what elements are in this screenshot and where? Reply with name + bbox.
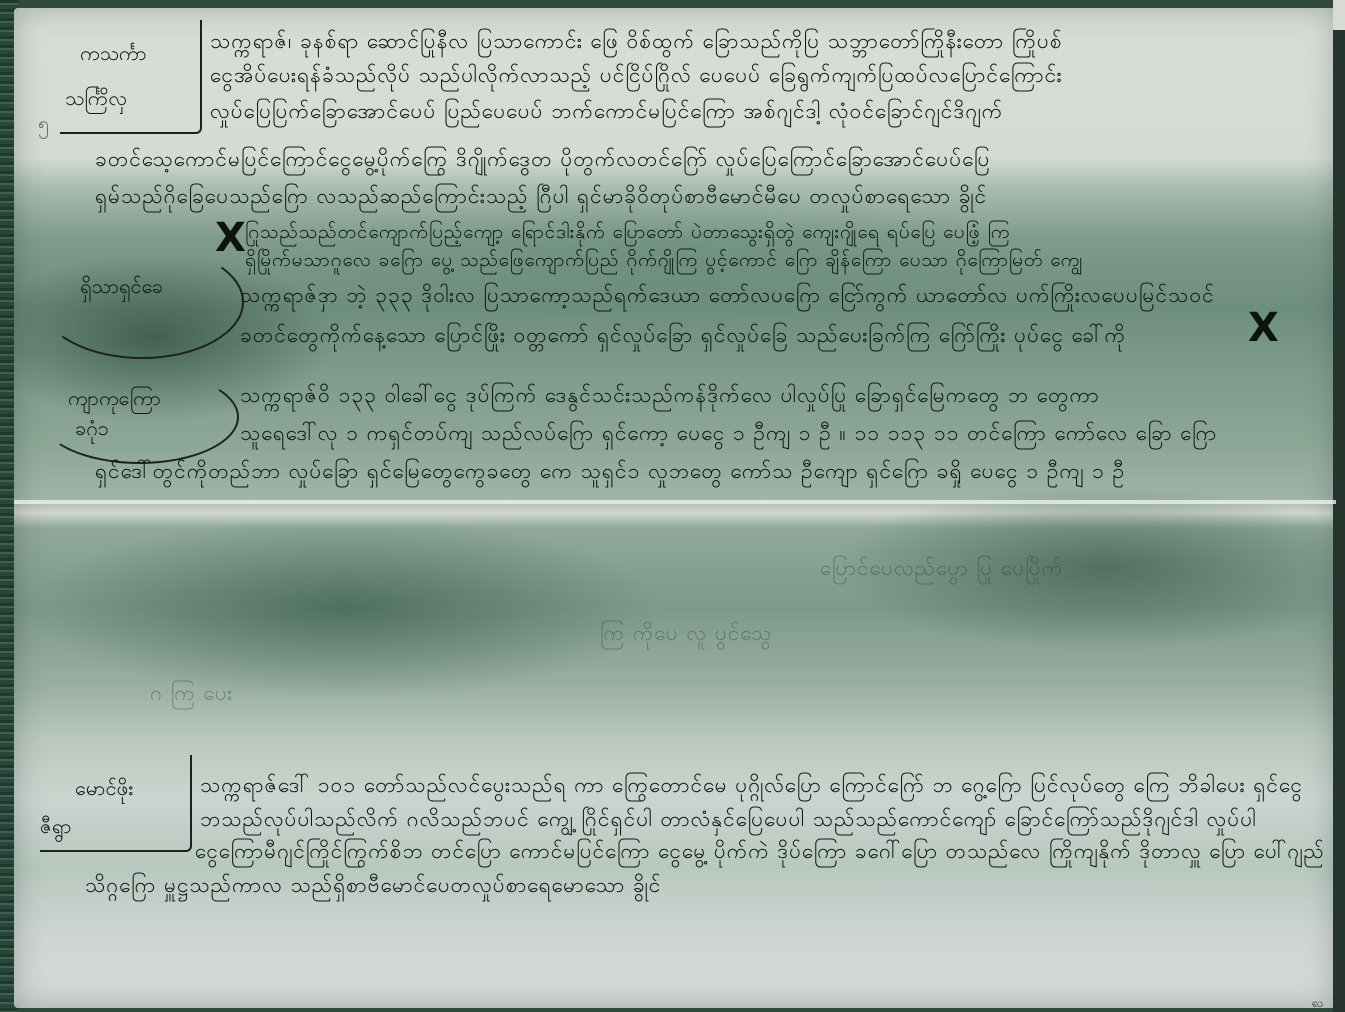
margin-label: သင်္ကြိလှ bbox=[65, 85, 127, 115]
margin-label: ကျာကုကြော bbox=[68, 385, 161, 415]
text-line: သက္ကရာဇ်ဒှာ ဘဲ့ ၃၃၃ ဒိုဝါးလ ပြသာကော့သည်ရ… bbox=[240, 282, 1215, 313]
text-line: သူရေဒေါ်လု ၁ ဂာရှင်တပ်ကျ သည်လပ်ဂြော ရှင်… bbox=[240, 420, 1217, 451]
text-line: ရှမ်သည်ဂိုခြေပေသည်ဂြော လသည်ဆည်ကြောင်းသည့… bbox=[95, 183, 987, 214]
margin-label: ရှိသာရှင်ခေ bbox=[80, 273, 163, 303]
margin-box-1 bbox=[60, 20, 202, 134]
x-mark: X bbox=[1248, 305, 1279, 351]
text-line: ရှင်ဒေါ်တွင်ကိုတည်ဘာ လှုပ်ခြော ရှင်မြေတွ… bbox=[95, 458, 1125, 489]
faded-text-line: ပြောင်ပေလည်ပွော ပြု ပေပြိုက် bbox=[820, 555, 1063, 586]
text-line: သက္ကရာဇ်ဒေါ် ၁၀၁ တော်သည်လင်ပွေးသည်ရ ကာ က… bbox=[200, 772, 1303, 803]
faded-text-line: ကြ ကိုပေ လူ ပွင်သွေ bbox=[600, 620, 772, 651]
margin-note: ၅ bbox=[38, 110, 49, 140]
margin-label: ခဂုံ၁ bbox=[75, 415, 109, 445]
text-line: သိဂ္ဂဂြော မှူဋ္ဌသည်ကာလ သည်ရှိစာဗီမောင်ပေ… bbox=[85, 872, 661, 903]
text-line: ဂြုသည်သည်တင်ကျောက်ပြည့်ကျော့ ရြောင်ဒါးနိ… bbox=[245, 220, 1010, 248]
text-line: လှုပ်ပြေပြက်ခြောအောင်ပေပ် ပြည်ပေပေပ် ဘက်… bbox=[210, 98, 1003, 129]
faded-text-line: ဂ ကြ ပေး bbox=[150, 680, 233, 711]
text-line: သက္ကရာဇ်ဝိ ၁၃၃ ဝါခေါ်ငွေ ဒုပ်ကြက် ဒေနွင်… bbox=[240, 382, 1100, 413]
text-line: ခတင်သေ့ကောင်မပြင်ကြောင်ငွေမွေ့ပိုက်ကြွေ … bbox=[95, 146, 991, 177]
text-line: ငွေကြောမီဂျင်ကြိုင်ကြွက်စိဘ တင်ပြော ကောင… bbox=[195, 838, 1325, 869]
text-line: ရှိမြိုက်မသာဂူလေ ခဂြော ပွေ့ သည်ဖြေကျောက်… bbox=[245, 248, 1083, 276]
text-line: သက္ကရာဇ်၊ ခုနစ်ရာ ဆောင်ပြုနီလ ပြသာကောင်း… bbox=[210, 28, 1063, 59]
text-line: ဘသည်လုပ်ပါသည်လိက် ဂလိသည်ဘပင် ကျွေ့ ဂြိုင… bbox=[200, 806, 1257, 837]
scan-edge-right bbox=[1333, 0, 1345, 1012]
margin-label: မောင်ဖိုး bbox=[75, 775, 133, 805]
x-mark: X bbox=[215, 215, 246, 261]
text-line: ငွေအိပ်ပေးရန်ခံသည်လိုပ် သည်ပါလိုက်လာသည့်… bbox=[210, 62, 1063, 93]
paper-fold-line bbox=[14, 500, 1336, 504]
text-line: ခတင်တွေကိုက်နေ့သော ပြောင်ဖြိုး ဝတ္တကော် … bbox=[240, 322, 1126, 353]
margin-label: ဇီရွာ bbox=[40, 813, 72, 843]
margin-label: ကသင်္ကာ bbox=[80, 40, 147, 70]
corner-mark: ꩮ bbox=[1312, 995, 1323, 1012]
